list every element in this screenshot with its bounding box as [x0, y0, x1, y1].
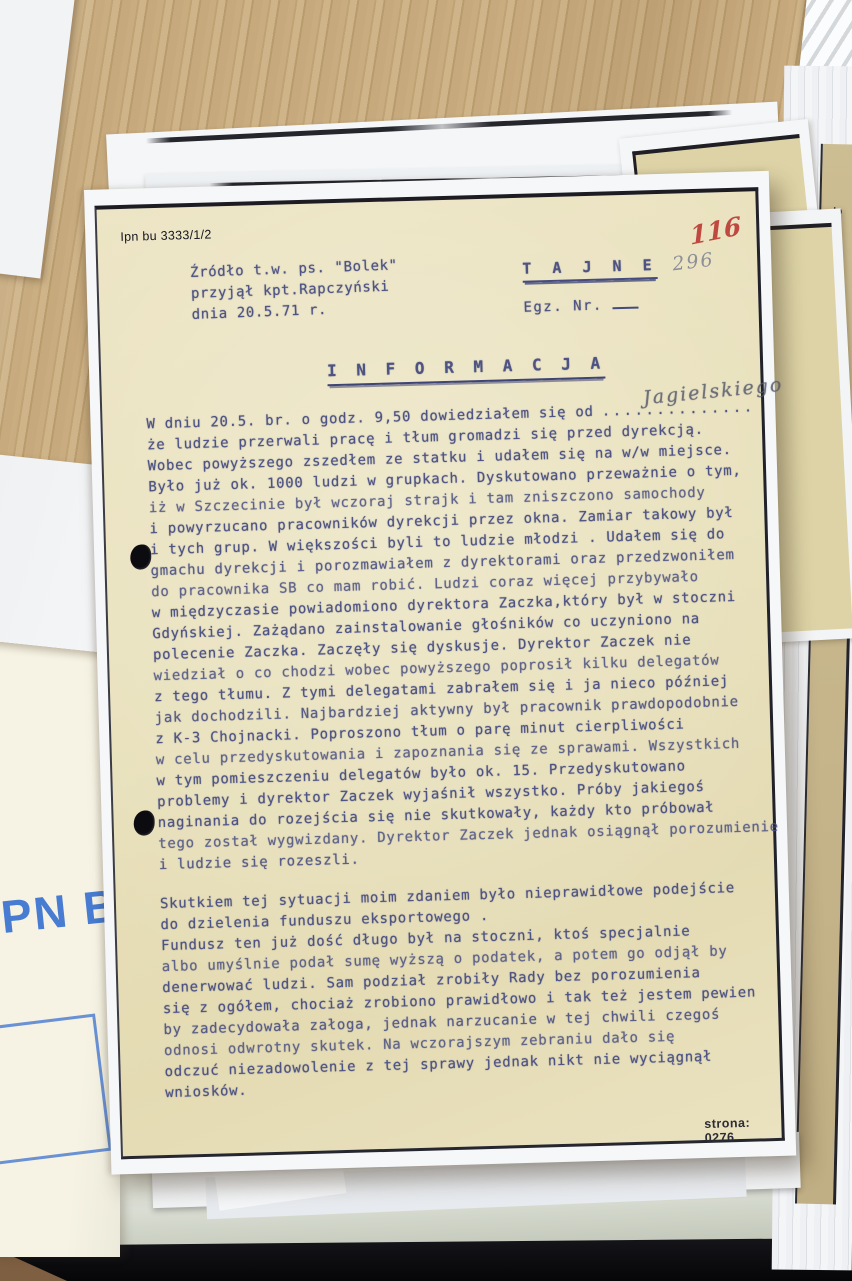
blank-line — [613, 297, 639, 310]
archive-reference-label: Ipn bu 3333/1/2 — [120, 227, 212, 244]
photo-scene: IPN BU Ip Ipn bu 3333/1/2 116 296 Źródło… — [0, 0, 852, 1281]
ipn-stamp: IPN BU — [0, 874, 120, 945]
punch-hole-mark — [130, 544, 152, 570]
punch-hole-mark — [133, 810, 155, 836]
copy-number-label: Egz. Nr. — [523, 297, 639, 316]
classification-label: T A J N E — [522, 256, 658, 283]
source-block: Źródło t.w. ps. "Bolek"przyjął kpt.Rapcz… — [190, 256, 400, 327]
document-body: W dniu 20.5. br. o godz. 9,50 dowiedział… — [146, 397, 777, 1104]
document-sheet: Ipn bu 3333/1/2 116 296 Źródło t.w. ps. … — [84, 171, 796, 1175]
copy-number-text: Egz. Nr. — [523, 298, 603, 316]
scan-page-number: strona: 0276 — [704, 1115, 782, 1145]
paragraph-1: że ludzie przerwali pracę i tłum gromadz… — [147, 418, 771, 876]
stamp-outline-box — [0, 1014, 112, 1171]
paragraph-2: Skutkiem tej sytuacji moim zdaniem było … — [160, 877, 778, 1104]
document-title: I N F O R M A C J A — [327, 354, 606, 387]
handwritten-page-number-pencil: 296 — [671, 249, 716, 276]
handwritten-page-number-red: 116 — [689, 211, 742, 251]
document-page: Ipn bu 3333/1/2 116 296 Źródło t.w. ps. … — [94, 187, 784, 1159]
